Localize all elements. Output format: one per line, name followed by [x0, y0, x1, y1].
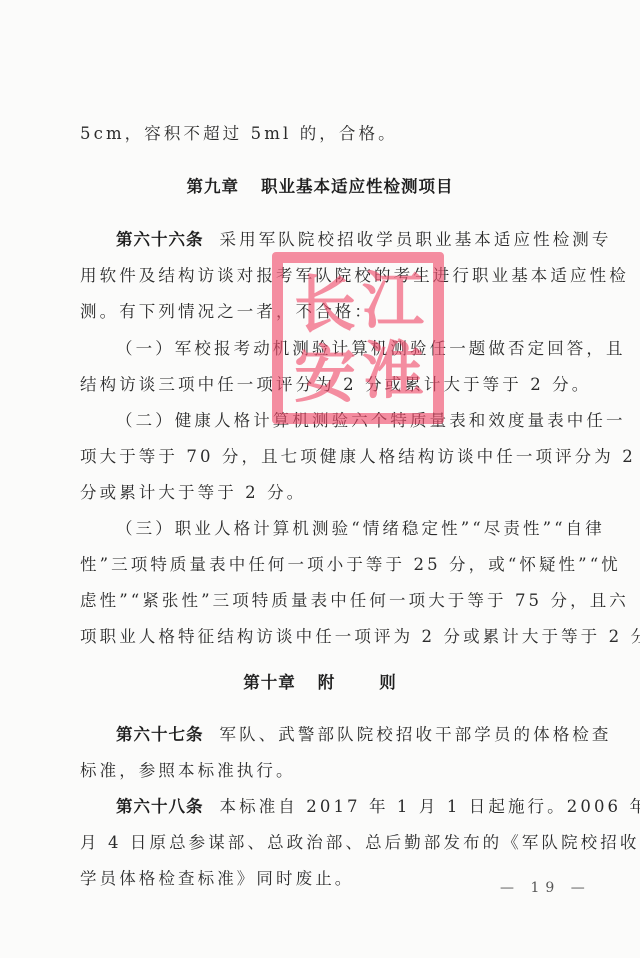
page-number: — 19 —	[500, 880, 591, 896]
chapter-10-title-a: 附	[318, 673, 336, 692]
item-3-line-1: （三）职业人格计算机测验“情绪稳定性”“尽责性”“自律	[116, 518, 562, 540]
article-66-text: 采用军队院校招收学员职业基本适应性检测专	[220, 230, 612, 249]
item-3-line-4: 项职业人格特征结构访谈中任一项评为 2 分或累计大于等于 2 分。	[80, 626, 562, 648]
article-66-line-2: 用软件及结构访谈对报考军队院校的考生进行职业基本适应性检	[80, 265, 562, 287]
item-2-line-1: （二）健康人格计算机测验六个特质量表和效度量表中任一	[116, 410, 562, 432]
document-page: 5cm，容积不超过 5ml 的，合格。 第九章职业基本适应性检测项目 第六十六条…	[0, 0, 640, 958]
chapter-10-title-b: 则	[379, 673, 397, 692]
article-66-label: 第六十六条	[116, 230, 204, 249]
article-66-line-3: 测。有下列情况之一者，不合格：	[80, 301, 562, 323]
item-1-line-2: 结构访谈三项中任一项评分为 2 分或累计大于等于 2 分。	[80, 374, 562, 396]
item-3-line-3: 虑性”“紧张性”三项特质量表中任何一项大于等于 75 分，且六	[80, 590, 562, 612]
article-68-line-1: 第六十八条本标准自 2017 年 1 月 1 日起施行。2006 年 4	[116, 796, 562, 818]
article-68-line-3: 学员体格检查标准》同时废止。	[80, 868, 562, 890]
chapter-9-number: 第九章	[187, 177, 240, 196]
article-67-text: 军队、武警部队院校招收干部学员的体格检查	[220, 725, 612, 744]
chapter-10-number: 第十章	[243, 673, 296, 692]
article-68-text: 本标准自 2017 年 1 月 1 日起施行。2006 年 4	[220, 797, 640, 816]
item-1-line-1: （一）军校报考动机测验计算机测验任一题做否定回答，且	[116, 338, 562, 360]
item-2-line-3: 分或累计大于等于 2 分。	[80, 482, 562, 504]
top-fragment: 5cm，容积不超过 5ml 的，合格。	[80, 123, 562, 145]
chapter-10-heading: 第十章附则	[0, 672, 640, 694]
article-67-label: 第六十七条	[116, 725, 204, 744]
article-67-line-1: 第六十七条军队、武警部队院校招收干部学员的体格检查	[116, 724, 562, 746]
article-68-line-2: 月 4 日原总参谋部、总政治部、总后勤部发布的《军队院校招收	[80, 832, 562, 854]
item-2-line-2: 项大于等于 70 分，且七项健康人格结构访谈中任一项评分为 2	[80, 446, 562, 468]
article-66-line-1: 第六十六条采用军队院校招收学员职业基本适应性检测专	[116, 229, 562, 251]
item-3-line-2: 性”三项特质量表中任何一项小于等于 25 分，或“怀疑性”“忧	[80, 554, 562, 576]
article-67-line-2: 标准，参照本标准执行。	[80, 760, 562, 782]
chapter-9-heading: 第九章职业基本适应性检测项目	[0, 176, 640, 198]
chapter-9-title: 职业基本适应性检测项目	[261, 177, 454, 196]
article-68-label: 第六十八条	[116, 797, 204, 816]
